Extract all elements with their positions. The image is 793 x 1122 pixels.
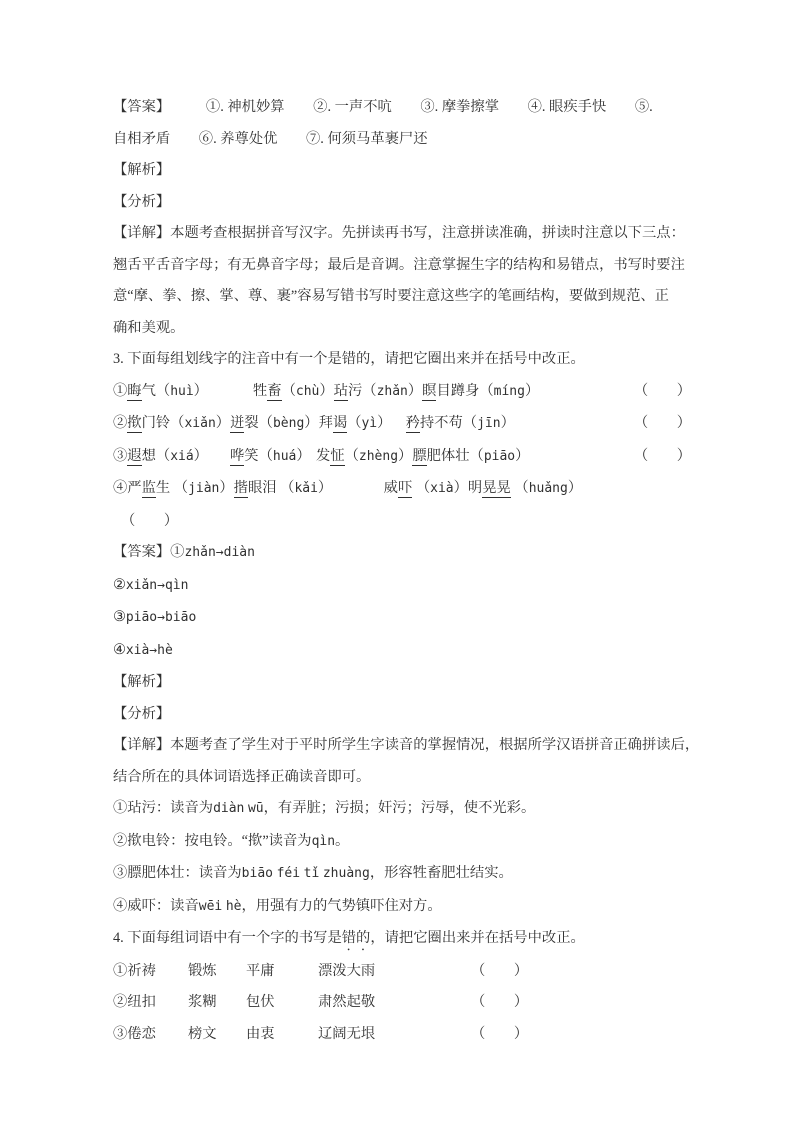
underlined-word-group: ②揿门铃（xiǎn） bbox=[113, 408, 230, 439]
q3-xiangjie-line: 【详解】本题考查了学生对于平时所学生字读音的掌握情况，根据所学汉语拼音正确拼读后… bbox=[113, 730, 691, 760]
pinyin-text: zhǎn bbox=[377, 384, 408, 399]
pinyin-text: piāo→biāo bbox=[126, 610, 196, 625]
pinyin-text: diàn bbox=[213, 801, 244, 816]
word-item: 肃然起敬 bbox=[318, 987, 471, 1017]
answer-paren-blank: （ ） bbox=[634, 376, 691, 406]
answer-paren-blank: （ ） bbox=[113, 506, 691, 536]
underlined-character: 吓 bbox=[398, 480, 412, 498]
q4-question-title: 4. 下面每组词语中有一个字的书写是错的，请把它圈出来并在括号中改正。 bbox=[113, 923, 691, 954]
word-item: 漂泼大雨 bbox=[318, 956, 471, 986]
underlined-character: 哗 bbox=[230, 448, 244, 466]
underlined-character: 揩 bbox=[234, 480, 248, 498]
q4-word-row-3: ③倦恋 榜文 由衷 辽阔无垠 （ ） bbox=[113, 1019, 691, 1049]
pinyin-text: qìn bbox=[312, 834, 335, 849]
word-item: ①祈祷 bbox=[113, 956, 188, 986]
pinyin-text: biāo bbox=[242, 866, 273, 881]
pinyin-text: míng bbox=[494, 384, 525, 399]
pinyin-text: chù bbox=[296, 384, 319, 399]
underlined-word-group: 拜谒（yì） bbox=[319, 408, 406, 439]
underlined-word-group: 发怔（zhèng） bbox=[316, 441, 412, 472]
q3-answer-line-4: ④xià→hè bbox=[113, 635, 691, 666]
underlined-word-group: 牲畜（chù） bbox=[253, 376, 334, 407]
q2-jiexi-label: 【解析】 bbox=[113, 155, 691, 185]
pinyin-text: jiàn bbox=[188, 481, 219, 496]
underlined-word-group: 明晃晃 （huǎng） bbox=[468, 473, 582, 504]
word-item: 锻炼 bbox=[188, 956, 246, 986]
document-page: 【答案】 ①. 神机妙算 ②. 一声不吭 ③. 摩拳擦掌 ④. 眼疾手快 ⑤. … bbox=[0, 0, 691, 1049]
underlined-word-group: ①晦气（huì） bbox=[113, 376, 253, 407]
q3-answer-line-2: ②xiǎn→qìn bbox=[113, 570, 691, 601]
q3-item-row-3: ③遐想（xiá） 哗笑（huá） 发怔（zhèng） 膘肥体壮（piāo） （ … bbox=[113, 441, 691, 472]
underlined-word-group: 迸裂（bèng） bbox=[230, 408, 319, 439]
q3-word-note-1: ①玷污：读音为diàn wū，有弄脏；污损；奸污；污辱，使不光彩。 bbox=[113, 793, 691, 824]
pinyin-text: xiá bbox=[170, 449, 193, 464]
underlined-word-group: 瞑目蹲身（míng） bbox=[422, 376, 539, 407]
underlined-character: 膘 bbox=[412, 448, 426, 466]
q3-word-note-2: ②揿电铃：按电铃。“揿”读音为qìn。 bbox=[113, 826, 691, 857]
q3-word-note-3: ③膘肥体壮：读音为biāo féi tǐ zhuàng，形容牲畜肥壮结实。 bbox=[113, 858, 691, 889]
underlined-word-group: 矜持不苟（jīn） bbox=[406, 408, 515, 439]
underlined-word-group: ④严监生 （jiàn） bbox=[113, 473, 234, 504]
underlined-character: 晦 bbox=[127, 383, 141, 401]
underlined-character: 揿 bbox=[127, 415, 141, 433]
answer-paren-blank: （ ） bbox=[471, 987, 528, 1017]
pinyin-text: yì bbox=[361, 416, 377, 431]
pinyin-text: wū bbox=[248, 801, 264, 816]
q3-word-note-4: ④威吓：读音wēi hè，用强有力的气势镇吓住对方。 bbox=[113, 891, 691, 922]
q4-word-row-1: ①祈祷 锻炼 平庸 漂泼大雨 （ ） bbox=[113, 956, 691, 986]
q3-jiexi-label: 【解析】 bbox=[113, 667, 691, 697]
q3-answer-line-3: ③piāo→biāo bbox=[113, 602, 691, 633]
q2-xiangjie-line: 【详解】本题考查根据拼音写汉字。先拼读再书写，注意拼读准确，拼读时注意以下三点： bbox=[113, 218, 691, 248]
pinyin-text: kǎi bbox=[294, 481, 317, 496]
q3-item-row-2: ②揿门铃（xiǎn） 迸裂（bèng） 拜谒（yì） 矜持不苟（jīn） （ ） bbox=[113, 408, 691, 439]
q4-word-row-2: ②纽扣 浆糊 包伏 肃然起敬 （ ） bbox=[113, 987, 691, 1017]
pinyin-text: zhèng bbox=[359, 449, 398, 464]
pinyin-text: huì bbox=[170, 384, 193, 399]
q3-fenxi-label: 【分析】 bbox=[113, 699, 691, 729]
q2-answer-line-1: 【答案】 ①. 神机妙算 ②. 一声不吭 ③. 摩拳擦掌 ④. 眼疾手快 ⑤. bbox=[113, 92, 691, 122]
q3-item-row-1: ①晦气（huì） 牲畜（chù） 玷污（zhǎn） 瞑目蹲身（míng） （ ） bbox=[113, 376, 691, 407]
q3-answer-line-1: 【答案】①zhǎn→diàn bbox=[113, 537, 691, 568]
answer-paren-blank: （ ） bbox=[634, 441, 691, 471]
pinyin-text: piāo bbox=[484, 449, 515, 464]
q2-fenxi-label: 【分析】 bbox=[113, 187, 691, 217]
pinyin-text: zhǎn→diàn bbox=[184, 545, 254, 560]
pinyin-text: huǎng bbox=[529, 481, 568, 496]
pinyin-text: xiǎn bbox=[184, 416, 215, 431]
pinyin-text: huá bbox=[273, 449, 296, 464]
underlined-word-group: 威吓 （xià） bbox=[384, 473, 468, 504]
q4-title-emphasis: 错的 bbox=[342, 930, 371, 946]
underlined-character: 监 bbox=[142, 480, 156, 498]
word-item: 辽阔无垠 bbox=[318, 1019, 471, 1049]
underlined-word-group: 膘肥体壮（piāo） bbox=[412, 441, 529, 472]
pinyin-text: tǐ bbox=[304, 866, 320, 881]
word-item: ③倦恋 bbox=[113, 1019, 188, 1049]
word-item: 榜文 bbox=[188, 1019, 246, 1049]
q3-xiangjie-line: 结合所在的具体词语选择正确读音即可。 bbox=[113, 762, 691, 792]
pinyin-text: bèng bbox=[273, 416, 304, 431]
answer-paren-blank: （ ） bbox=[471, 1019, 528, 1049]
q4-title-post: ，请把它圈出来并在括号中改正。 bbox=[370, 930, 584, 946]
word-item: 平庸 bbox=[246, 956, 318, 986]
underlined-character: 怔 bbox=[330, 448, 344, 466]
word-item: ②纽扣 bbox=[113, 987, 188, 1017]
pinyin-text: hè bbox=[226, 899, 242, 914]
underlined-character: 瞑 bbox=[422, 383, 436, 401]
q2-xiangjie-line: 翘舌平舌音字母；有无鼻音字母；最后是音调。注意掌握生字的结构和易错点，书写时要注 bbox=[113, 250, 691, 280]
underlined-word-group: 玷污（zhǎn） bbox=[334, 376, 423, 407]
answer-paren-blank: （ ） bbox=[634, 408, 691, 438]
underlined-word-group: ③遐想（xiá） bbox=[113, 441, 230, 472]
underlined-character: 晃晃 bbox=[482, 480, 511, 498]
underlined-character: 矜 bbox=[406, 415, 420, 433]
word-item: 由衷 bbox=[246, 1019, 318, 1049]
pinyin-text: féi bbox=[277, 866, 300, 881]
q2-answer-line-2: 自相矛盾 ⑥. 养尊处优 ⑦. 何须马革裹尸还 bbox=[113, 124, 691, 154]
pinyin-text: jīn bbox=[477, 416, 500, 431]
answer-paren-blank: （ ） bbox=[471, 956, 528, 986]
underlined-character: 玷 bbox=[334, 383, 348, 401]
underlined-character: 迸 bbox=[230, 415, 244, 433]
pinyin-text: wēi bbox=[199, 899, 222, 914]
word-item: 浆糊 bbox=[188, 987, 246, 1017]
q3-question-title: 3. 下面每组划线字的注音中有一个是错的，请把它圈出来并在括号中改正。 bbox=[113, 344, 691, 374]
pinyin-text: zhuàng bbox=[323, 866, 370, 881]
underlined-character: 遐 bbox=[127, 448, 141, 466]
underlined-word-group: 哗笑（huá） bbox=[230, 441, 316, 472]
q2-xiangjie-line: 确和美观。 bbox=[113, 313, 691, 343]
q2-xiangjie-line: 意“摩、拳、擦、掌、尊、裹”容易写错书写时要注意这些字的笔画结构，要做到规范、正 bbox=[113, 281, 691, 311]
underlined-character: 谒 bbox=[333, 415, 347, 433]
q3-item-row-4: ④严监生 （jiàn） 揩眼泪 （kǎi） 威吓 （xià） 明晃晃 （huǎn… bbox=[113, 473, 691, 504]
q4-title-pre: 4. 下面每组词语中有一个字的书写是 bbox=[113, 930, 342, 946]
pinyin-text: xiǎn→qìn bbox=[126, 578, 189, 593]
word-item: 包伏 bbox=[246, 987, 318, 1017]
pinyin-text: xià→hè bbox=[126, 643, 173, 658]
underlined-word-group: 揩眼泪 （kǎi） bbox=[234, 473, 384, 504]
underlined-character: 畜 bbox=[267, 383, 281, 401]
pinyin-text: xià bbox=[430, 481, 453, 496]
